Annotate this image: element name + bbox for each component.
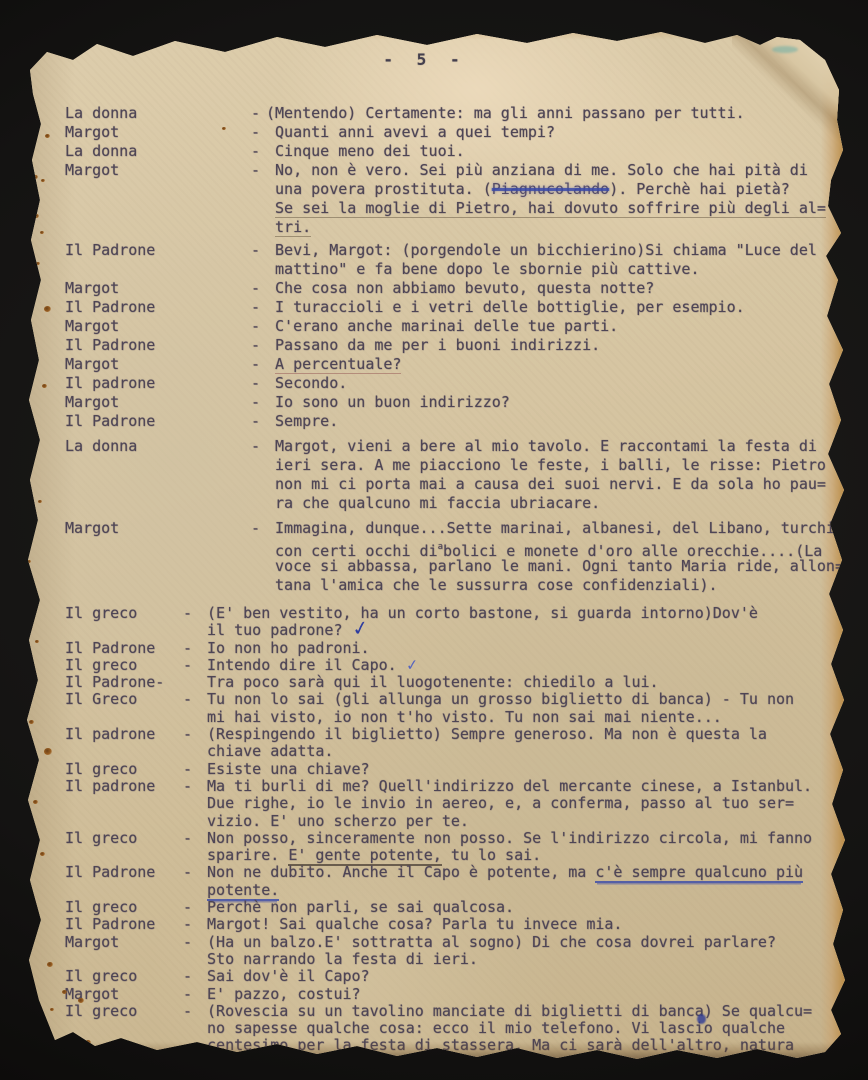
text-segment: ieri sera. A me piacciono le feste, i ba… bbox=[266, 456, 826, 474]
dialogue-entry: Il padrone- Secondo. bbox=[65, 374, 833, 393]
worm-hole bbox=[29, 131, 35, 136]
speaker-name: Margot bbox=[65, 161, 251, 180]
text-segment bbox=[266, 199, 275, 217]
speaker-name: Margot bbox=[65, 279, 251, 298]
text-segment: No, non è vero. Sei più anziana di me. S… bbox=[266, 161, 808, 179]
dialogue-entry: Il padrone- (Respingendo il biglietto) S… bbox=[65, 726, 833, 761]
worm-hole bbox=[45, 134, 50, 138]
text-segment bbox=[198, 881, 207, 899]
text-segment: non mi ci porta mai a causa dei suoi ner… bbox=[266, 475, 826, 493]
speaker-name: Il greco bbox=[65, 968, 183, 985]
dialogue-line: Non posso, sinceramente non posso. Se l'… bbox=[198, 830, 833, 847]
dialogue-entry: La donna-(Mentendo) Certamente: ma gli a… bbox=[65, 104, 833, 123]
dialogue-line: (Rovescia su un tavolino manciate di big… bbox=[198, 1003, 833, 1020]
dialogue-entry: Margot- E' pazzo, costui? bbox=[65, 986, 833, 1003]
pencil-underlined-text: tri. bbox=[275, 218, 311, 237]
dialogue-line: Margot! Sai qualche cosa? Parla tu invec… bbox=[198, 916, 833, 933]
dialogue-line: I turaccioli e i vetri delle bottiglie, … bbox=[266, 298, 833, 317]
dialogue-entry: Il greco- Perchè non parli, se sai qualc… bbox=[65, 899, 833, 916]
dialogue-line: Sempre. bbox=[266, 412, 833, 431]
text-segment: Intendo dire il Capo. bbox=[198, 656, 406, 674]
speaker-name: Margot bbox=[65, 355, 251, 374]
dialogue-section: Il greco- (E' ben vestito, ha un corto b… bbox=[65, 605, 833, 1055]
dialogue-line: Io sono un buon indirizzo? bbox=[266, 393, 833, 412]
text-segment: Io non ho padroni. bbox=[198, 639, 370, 657]
dialogue-section: La donna-(Mentendo) Certamente: ma gli a… bbox=[65, 104, 833, 595]
worm-hole bbox=[36, 262, 40, 265]
speaker-name: Il Greco bbox=[65, 691, 183, 708]
text-segment: Non ne dubito. Anche il Capo è potente, … bbox=[198, 863, 595, 881]
dialogue-dash: - bbox=[183, 1003, 198, 1020]
blue-underlined-text: c'è sempre qualcuno più bbox=[595, 863, 803, 883]
text-segment: E' pazzo, costui? bbox=[198, 985, 361, 1003]
dialogue-line: Due righe, io le invio in aereo, e, a co… bbox=[198, 795, 833, 812]
dialogue-dash: - bbox=[251, 412, 266, 431]
dialogue-line: (Mentendo) Certamente: ma gli anni passa… bbox=[266, 104, 833, 123]
text-segment: chiave adatta. bbox=[198, 742, 333, 760]
dialogue-text: Io sono un buon indirizzo? bbox=[266, 393, 833, 412]
dialogue-entry: Il Padrone- Tra poco sarà qui il luogote… bbox=[65, 674, 833, 691]
dialogue-line: Quanti anni avevi a quei tempi? bbox=[266, 123, 833, 142]
dialogue-line: ieri sera. A me piacciono le feste, i ba… bbox=[266, 456, 833, 475]
text-segment: mi hai visto, io non t'ho visto. Tu non … bbox=[198, 708, 722, 726]
dialogue-text: Non ne dubito. Anche il Capo è potente, … bbox=[198, 864, 833, 899]
worm-hole bbox=[38, 500, 42, 503]
speaker-name: Il greco bbox=[65, 605, 183, 622]
text-segment: Io sono un buon indirizzo? bbox=[266, 393, 510, 411]
dialogue-dash: - bbox=[251, 336, 266, 355]
text-segment: Che cosa non abbiamo bevuto, questa nott… bbox=[266, 279, 654, 297]
speaker-name: La donna bbox=[65, 104, 251, 123]
text-segment: Passano da me per i buoni indirizzi. bbox=[266, 336, 600, 354]
dialogue-text: Esiste una chiave? bbox=[198, 761, 833, 778]
dialogue-line: Secondo. bbox=[266, 374, 833, 393]
speaker-name: Il padrone bbox=[65, 726, 183, 743]
text-segment: Margot, vieni a bere al mio tavolo. E ra… bbox=[266, 437, 817, 455]
text-segment: (Mentendo) Certamente: ma gli anni passa… bbox=[266, 104, 745, 122]
worm-hole bbox=[34, 214, 39, 218]
dialogue-entry: Il greco- Sai dov'è il Capo? bbox=[65, 968, 833, 985]
text-segment: sparire. bbox=[198, 846, 288, 864]
worm-hole bbox=[29, 720, 34, 724]
dialogue-text: (Respingendo il biglietto) Sempre genero… bbox=[198, 726, 833, 761]
dialogue-line: Non ne dubito. Anche il Capo è potente, … bbox=[198, 864, 833, 881]
dialogue-entry: Margot- Immagina, dunque...Sette marinai… bbox=[65, 519, 833, 595]
dialogue-text: Non posso, sinceramente non posso. Se l'… bbox=[198, 830, 833, 865]
text-segment: Immagina, dunque...Sette marinai, albane… bbox=[266, 519, 844, 537]
dialogue-line: C'erano anche marinai delle tue parti. bbox=[266, 317, 833, 336]
dialogue-line: Ma ti burli di me? Quell'indirizzo del m… bbox=[198, 778, 833, 795]
text-segment: tana l'amica che le sussurra cose confid… bbox=[266, 576, 718, 594]
dialogue-line: una povera prostituta. (Piagnucolando). … bbox=[266, 180, 833, 199]
dialogue-line: Sto narrando la festa di ieri. bbox=[198, 951, 833, 968]
dialogue-text: Sai dov'è il Capo? bbox=[198, 968, 833, 985]
dialogue-entry: Il Padrone- Margot! Sai qualche cosa? Pa… bbox=[65, 916, 833, 933]
worm-hole bbox=[50, 1008, 54, 1011]
dialogue-entry: Il Padrone- Io non ho padroni. bbox=[65, 640, 833, 657]
speaker-name: Il greco bbox=[65, 830, 183, 847]
text-segment: (Ha un balzo.E' sottratta al sogno) Di c… bbox=[198, 933, 776, 951]
dialogue-dash: - bbox=[251, 393, 266, 412]
text-segment: una povera prostituta. ( bbox=[266, 180, 492, 198]
dialogue-dash: - bbox=[251, 161, 266, 180]
dialogue-line: mi hai visto, io non t'ho visto. Tu non … bbox=[198, 709, 833, 726]
speaker-name: Il padrone bbox=[65, 778, 183, 795]
scan-background: { "header": { "page_label": "- 5 -" }, "… bbox=[0, 0, 868, 1080]
text-segment: Perchè non parli, se sai qualcosa. bbox=[198, 898, 514, 916]
worm-hole bbox=[44, 306, 51, 312]
text-segment: C'erano anche marinai delle tue parti. bbox=[266, 317, 618, 335]
dialogue-entry: Il Padrone- Non ne dubito. Anche il Capo… bbox=[65, 864, 833, 899]
dialogue-text: Margot! Sai qualche cosa? Parla tu invec… bbox=[198, 916, 833, 933]
dialogue-line: Bevi, Margot: (porgendole un bicchierino… bbox=[266, 241, 833, 260]
dialogue-entry: Il greco- (E' ben vestito, ha un corto b… bbox=[65, 605, 833, 640]
dialogue-text: (Ha un balzo.E' sottratta al sogno) Di c… bbox=[198, 934, 833, 969]
speaker-name: Il greco bbox=[65, 761, 183, 778]
text-segment: I turaccioli e i vetri delle bottiglie, … bbox=[266, 298, 745, 316]
dialogue-dash: - bbox=[183, 640, 198, 657]
dialogue-entry: Il Padrone- Bevi, Margot: (porgendole un… bbox=[65, 241, 833, 279]
text-segment: Sempre. bbox=[266, 412, 338, 430]
worm-hole bbox=[41, 179, 45, 182]
text-segment: Bevi, Margot: (porgendole un bicchierino… bbox=[266, 241, 817, 259]
dialogue-dash: - bbox=[183, 726, 198, 743]
dialogue-line: voce si abbassa, parlano le mani. Ogni t… bbox=[266, 557, 833, 576]
dialogue-dash: - bbox=[251, 317, 266, 336]
text-segment: ra che qualcuno mi faccia ubriacare. bbox=[266, 494, 600, 512]
text-segment: Esiste una chiave? bbox=[198, 760, 370, 778]
text-segment: Ma ti burli di me? Quell'indirizzo del m… bbox=[198, 777, 812, 795]
dialogue-entry: Il greco- Esiste una chiave? bbox=[65, 761, 833, 778]
dialogue-text: A percentuale? bbox=[266, 355, 833, 374]
dialogue-line: Io non ho padroni. bbox=[198, 640, 833, 657]
text-segment: Tu non lo sai (gli allunga un grosso big… bbox=[198, 690, 794, 708]
text-segment: Secondo. bbox=[266, 374, 347, 392]
dialogue-text: (E' ben vestito, ha un corto bastone, si… bbox=[198, 605, 833, 640]
dialogue-text: Margot, vieni a bere al mio tavolo. E ra… bbox=[266, 437, 833, 513]
dialogue-line: No, non è vero. Sei più anziana di me. S… bbox=[266, 161, 833, 180]
dialogue-line: il tuo padrone? ✓ bbox=[198, 622, 833, 639]
worm-hole bbox=[40, 231, 44, 234]
dialogue-dash: - bbox=[251, 298, 266, 317]
dialogue-block: La donna-(Mentendo) Certamente: ma gli a… bbox=[65, 104, 833, 1055]
speaker-name: La donna bbox=[65, 142, 251, 161]
dialogue-line: con certi occhi diabolici e monete d'oro… bbox=[266, 538, 833, 557]
dialogue-line: Margot, vieni a bere al mio tavolo. E ra… bbox=[266, 437, 833, 456]
speaker-name: Il greco bbox=[65, 1003, 183, 1020]
text-segment: ). Perchè hai pietà? bbox=[609, 180, 790, 198]
speaker-name: Il Padrone bbox=[65, 864, 183, 881]
dialogue-text: (Mentendo) Certamente: ma gli anni passa… bbox=[266, 104, 833, 123]
dialogue-text: Sempre. bbox=[266, 412, 833, 431]
speaker-name: Il Padrone bbox=[65, 412, 251, 431]
dialogue-dash: - bbox=[251, 279, 266, 298]
dialogue-text: Che cosa non abbiamo bevuto, questa nott… bbox=[266, 279, 833, 298]
text-segment: Non posso, sinceramente non posso. Se l'… bbox=[198, 829, 812, 847]
dialogue-text: Immagina, dunque...Sette marinai, albane… bbox=[266, 519, 833, 595]
dialogue-line: tana l'amica che le sussurra cose confid… bbox=[266, 576, 833, 595]
blue-tick-mark: ∕ bbox=[844, 518, 857, 531]
text-segment bbox=[266, 355, 275, 373]
dialogue-dash: - bbox=[251, 123, 266, 142]
dialogue-line: A percentuale? bbox=[266, 355, 833, 374]
dialogue-line: chiave adatta. bbox=[198, 743, 833, 760]
page-number: - 5 - bbox=[25, 50, 825, 69]
dialogue-line: (E' ben vestito, ha un corto bastone, si… bbox=[198, 605, 833, 622]
dialogue-text: Quanti anni avevi a quei tempi? bbox=[266, 123, 833, 142]
worm-hole bbox=[62, 990, 67, 994]
dialogue-line: vizio. E' uno scherzo per te. bbox=[198, 813, 833, 830]
speaker-name: Margot bbox=[65, 123, 251, 142]
pencil-underlined-text: Se sei la moglie di Pietro, hai dovuto s… bbox=[275, 199, 826, 218]
dialogue-text: I turaccioli e i vetri delle bottiglie, … bbox=[266, 298, 833, 317]
dialogue-dash: - bbox=[183, 778, 198, 795]
dialogue-line: Tu non lo sai (gli allunga un grosso big… bbox=[198, 691, 833, 708]
dialogue-entry: Margot- Che cosa non abbiamo bevuto, que… bbox=[65, 279, 833, 298]
speaker-name: Margot bbox=[65, 519, 251, 538]
worm-hole bbox=[40, 852, 45, 856]
speaker-name: Il padrone bbox=[65, 374, 251, 393]
dialogue-dash: - bbox=[251, 519, 266, 538]
dialogue-line: potente. bbox=[198, 882, 833, 899]
text-segment: (Rovescia su un tavolino manciate di big… bbox=[198, 1002, 812, 1020]
worm-hole bbox=[28, 268, 33, 272]
text-segment: Quanti anni avevi a quei tempi? bbox=[266, 123, 555, 141]
speaker-name: Il Padrone- bbox=[65, 674, 183, 691]
dialogue-line: non mi ci porta mai a causa dei suoi ner… bbox=[266, 475, 833, 494]
dialogue-line: ra che qualcuno mi faccia ubriacare. bbox=[266, 494, 833, 513]
dialogue-text: Io non ho padroni. bbox=[198, 640, 833, 657]
dialogue-entry: Il Padrone- I turaccioli e i vetri delle… bbox=[65, 298, 833, 317]
text-segment: Margot! Sai qualche cosa? Parla tu invec… bbox=[198, 915, 622, 933]
text-segment: (E' ben vestito, ha un corto bastone, si… bbox=[198, 604, 758, 622]
dialogue-entry: La donna- Margot, vieni a bere al mio ta… bbox=[65, 437, 833, 513]
blue-ink-blob bbox=[697, 1014, 706, 1024]
dialogue-dash: - bbox=[183, 605, 198, 622]
worm-hole bbox=[35, 640, 39, 643]
dialogue-entry: Margot- No, non è vero. Sei più anziana … bbox=[65, 161, 833, 237]
worm-hole bbox=[44, 748, 52, 755]
dialogue-dash: - bbox=[251, 437, 266, 456]
page-content: - 5 - La donna-(Mentendo) Certamente: ma… bbox=[25, 28, 847, 1062]
speaker-name: Margot bbox=[65, 317, 251, 336]
worm-hole bbox=[33, 800, 38, 804]
text-segment: voce si abbassa, parlano le mani. Ogni t… bbox=[266, 557, 844, 575]
speaker-name: Il Padrone bbox=[65, 298, 251, 317]
text-segment: Cinque meno dei tuoi. bbox=[266, 142, 465, 160]
worm-hole bbox=[30, 424, 34, 427]
worm-hole bbox=[27, 560, 31, 563]
dialogue-text: E' pazzo, costui? bbox=[198, 986, 833, 1003]
dialogue-text: Cinque meno dei tuoi. bbox=[266, 142, 833, 161]
dialogue-text: Secondo. bbox=[266, 374, 833, 393]
dialogue-line: Cinque meno dei tuoi. bbox=[266, 142, 833, 161]
dialogue-entry: Il padrone- Ma ti burli di me? Quell'ind… bbox=[65, 778, 833, 830]
dialogue-text: Passano da me per i buoni indirizzi. bbox=[266, 336, 833, 355]
dialogue-line: sparire. E' gente potente, tu lo sai. bbox=[198, 847, 833, 864]
dialogue-dash: - bbox=[183, 830, 198, 847]
dialogue-dash: - bbox=[251, 241, 266, 260]
speaker-name: Il greco bbox=[65, 899, 183, 916]
dialogue-entry: Il Greco- Tu non lo sai (gli allunga un … bbox=[65, 691, 833, 726]
text-segment: tu lo sai. bbox=[442, 846, 541, 864]
text-segment: (Respingendo il biglietto) Sempre genero… bbox=[198, 725, 767, 743]
dialogue-line: no sapesse qualche cosa: ecco il mio tel… bbox=[198, 1020, 833, 1037]
check-mark-icon: ✓ bbox=[405, 659, 419, 670]
worm-hole bbox=[222, 127, 226, 130]
dialogue-dash: - bbox=[251, 142, 266, 161]
dialogue-entry: Il Padrone- Passano da me per i buoni in… bbox=[65, 336, 833, 355]
dialogue-line: Tra poco sarà qui il luogotenente: chied… bbox=[198, 674, 833, 691]
dialogue-entry: Il Padrone- Sempre. bbox=[65, 412, 833, 431]
dialogue-line: Passano da me per i buoni indirizzi. bbox=[266, 336, 833, 355]
text-segment: Sai dov'è il Capo? bbox=[198, 967, 370, 985]
dialogue-dash: - bbox=[183, 899, 198, 916]
text-segment: Tra poco sarà qui il luogotenente: chied… bbox=[198, 673, 659, 691]
text-segment: il tuo padrone? bbox=[198, 621, 352, 639]
dialogue-text: No, non è vero. Sei più anziana di me. S… bbox=[266, 161, 833, 237]
speaker-name: Il Padrone bbox=[65, 916, 183, 933]
worm-hole bbox=[28, 900, 32, 903]
dialogue-entry: Margot- Io sono un buon indirizzo? bbox=[65, 393, 833, 412]
speaker-name: Margot bbox=[65, 393, 251, 412]
dialogue-line: Che cosa non abbiamo bevuto, questa nott… bbox=[266, 279, 833, 298]
dialogue-entry: Margot- C'erano anche marinai delle tue … bbox=[65, 317, 833, 336]
check-mark-icon: ✓ bbox=[351, 622, 369, 635]
text-segment: vizio. E' uno scherzo per te. bbox=[198, 812, 469, 830]
dialogue-text: Tu non lo sai (gli allunga un grosso big… bbox=[198, 691, 833, 726]
speaker-name: Il Padrone bbox=[65, 336, 251, 355]
dialogue-text: Intendo dire il Capo. ✓ bbox=[198, 657, 833, 674]
worm-hole bbox=[47, 962, 53, 967]
dialogue-line: Intendo dire il Capo. ✓ bbox=[198, 657, 833, 674]
pencil-underlined-text: A percentuale? bbox=[275, 355, 401, 374]
dialogue-dash: - bbox=[183, 864, 198, 881]
dialogue-dash: - bbox=[183, 657, 198, 674]
text-segment: Sto narrando la festa di ieri. bbox=[198, 950, 478, 968]
text-segment: mattino" e fa bene dopo le sbornie più c… bbox=[266, 260, 699, 278]
dialogue-text: Perchè non parli, se sai qualcosa. bbox=[198, 899, 833, 916]
dialogue-line: (Ha un balzo.E' sottratta al sogno) Di c… bbox=[198, 934, 833, 951]
dialogue-entry: Il greco- Non posso, sinceramente non po… bbox=[65, 830, 833, 865]
speaker-name: La donna bbox=[65, 437, 251, 456]
torn-edge-bottom bbox=[25, 1042, 847, 1062]
dialogue-entry: Il greco- Intendo dire il Capo. ✓ bbox=[65, 657, 833, 674]
speaker-name: Il Padrone bbox=[65, 640, 183, 657]
dialogue-line: Perchè non parli, se sai qualcosa. bbox=[198, 899, 833, 916]
dialogue-line: Esiste una chiave? bbox=[198, 761, 833, 778]
dialogue-entry: Margot- Quanti anni avevi a quei tempi? bbox=[65, 123, 833, 142]
text-segment bbox=[266, 218, 275, 236]
dialogue-line: (Respingendo il biglietto) Sempre genero… bbox=[198, 726, 833, 743]
dialogue-text: Bevi, Margot: (porgendole un bicchierino… bbox=[266, 241, 833, 279]
dialogue-line: tri. bbox=[266, 218, 833, 237]
worm-hole bbox=[42, 384, 47, 388]
dialogue-dash: - bbox=[183, 916, 198, 933]
dialogue-entry: Margot- (Ha un balzo.E' sottratta al sog… bbox=[65, 934, 833, 969]
dialogue-text: Tra poco sarà qui il luogotenente: chied… bbox=[198, 674, 833, 691]
dialogue-dash: - bbox=[183, 761, 198, 778]
dialogue-line: mattino" e fa bene dopo le sbornie più c… bbox=[266, 260, 833, 279]
dialogue-line: Immagina, dunque...Sette marinai, albane… bbox=[266, 519, 833, 538]
dialogue-dash: - bbox=[251, 355, 266, 374]
speaker-name: Il greco bbox=[65, 657, 183, 674]
dialogue-dash: - bbox=[251, 374, 266, 393]
ink-strikethrough: Piagnucolando bbox=[492, 180, 609, 198]
dialogue-dash: - bbox=[183, 968, 198, 985]
dialogue-entry: La donna- Cinque meno dei tuoi. bbox=[65, 142, 833, 161]
worm-hole bbox=[78, 998, 84, 1003]
dialogue-line: Se sei la moglie di Pietro, hai dovuto s… bbox=[266, 199, 833, 218]
text-segment: Due righe, io le invio in aereo, e, a co… bbox=[198, 794, 794, 812]
worm-hole bbox=[31, 344, 35, 347]
typewritten-script-page: - 5 - La donna-(Mentendo) Certamente: ma… bbox=[25, 28, 847, 1062]
speaker-name: Margot bbox=[65, 934, 183, 951]
dialogue-dash: - bbox=[183, 934, 198, 951]
dialogue-dash: - bbox=[183, 691, 198, 708]
speaker-name: Il Padrone bbox=[65, 241, 251, 260]
dialogue-text: Ma ti burli di me? Quell'indirizzo del m… bbox=[198, 778, 833, 830]
worm-hole bbox=[33, 175, 38, 179]
dialogue-entry: Margot- A percentuale? bbox=[65, 355, 833, 374]
dialogue-line: Sai dov'è il Capo? bbox=[198, 968, 833, 985]
dialogue-line: E' pazzo, costui? bbox=[198, 986, 833, 1003]
dialogue-dash: - bbox=[183, 986, 198, 1003]
dialogue-dash: - bbox=[251, 104, 266, 123]
dialogue-text: C'erano anche marinai delle tue parti. bbox=[266, 317, 833, 336]
torn-edge-top bbox=[25, 28, 847, 40]
